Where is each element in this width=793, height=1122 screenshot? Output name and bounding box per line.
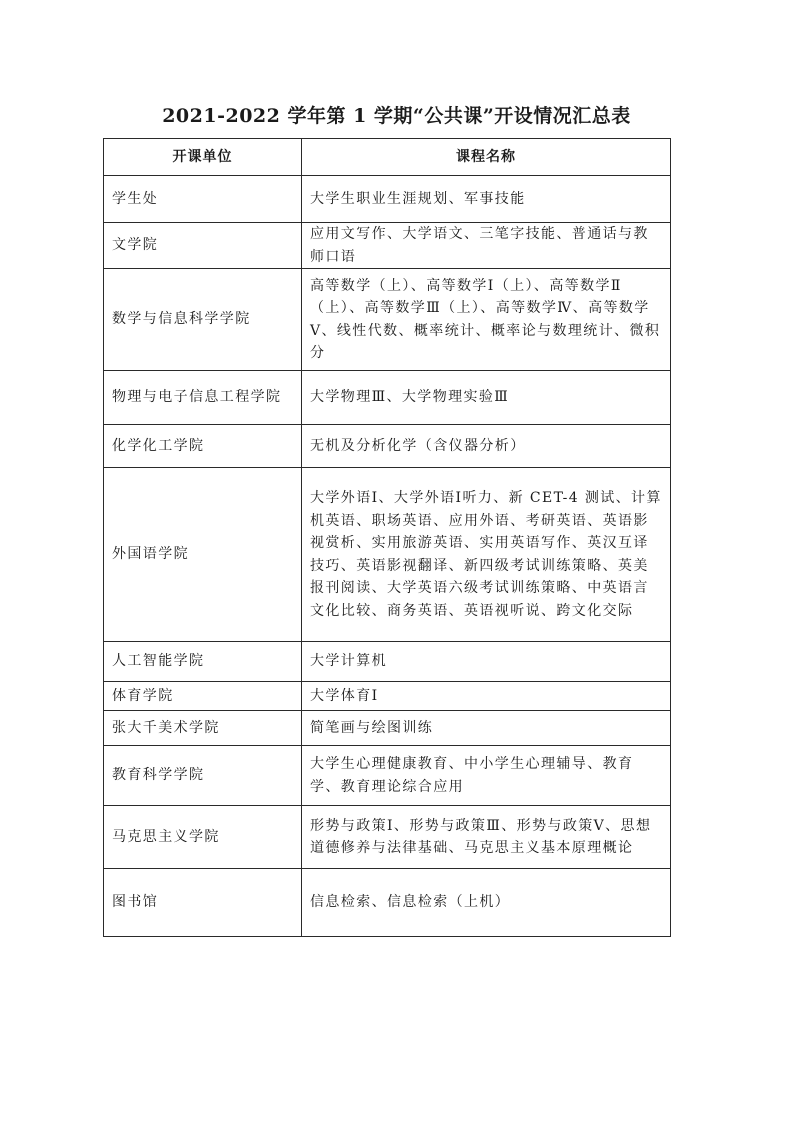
unit-cell: 物理与电子信息工程学院 (104, 371, 302, 425)
public-course-summary-table: 开课单位 课程名称 学生处大学生职业生涯规划、军事技能文学院应用文写作、大学语文… (103, 138, 671, 937)
table-row: 马克思主义学院形势与政策Ⅰ、形势与政策Ⅲ、形势与政策Ⅴ、思想道德修养与法律基础、… (104, 806, 671, 869)
courses-cell: 信息检索、信息检索（上机） (302, 869, 671, 937)
courses-cell: 大学生职业生涯规划、军事技能 (302, 176, 671, 223)
column-header-courses: 课程名称 (302, 139, 671, 176)
unit-cell: 文学院 (104, 223, 302, 269)
table-row: 化学化工学院无机及分析化学（含仪器分析） (104, 425, 671, 468)
unit-cell: 数学与信息科学学院 (104, 269, 302, 371)
unit-cell: 教育科学学院 (104, 746, 302, 806)
table-body: 学生处大学生职业生涯规划、军事技能文学院应用文写作、大学语文、三笔字技能、普通话… (104, 176, 671, 937)
table-row: 人工智能学院大学计算机 (104, 642, 671, 682)
courses-cell: 应用文写作、大学语文、三笔字技能、普通话与教师口语 (302, 223, 671, 269)
table-header-row: 开课单位 课程名称 (104, 139, 671, 176)
table-row: 外国语学院大学外语Ⅰ、大学外语Ⅰ听力、新 CET-4 测试、计算机英语、职场英语… (104, 468, 671, 642)
courses-cell: 大学生心理健康教育、中小学生心理辅导、教育学、教育理论综合应用 (302, 746, 671, 806)
unit-cell: 化学化工学院 (104, 425, 302, 468)
courses-cell: 大学体育Ⅰ (302, 682, 671, 711)
courses-cell: 大学计算机 (302, 642, 671, 682)
courses-cell: 大学物理Ⅲ、大学物理实验Ⅲ (302, 371, 671, 425)
courses-cell: 大学外语Ⅰ、大学外语Ⅰ听力、新 CET-4 测试、计算机英语、职场英语、应用外语… (302, 468, 671, 642)
courses-cell: 形势与政策Ⅰ、形势与政策Ⅲ、形势与政策Ⅴ、思想道德修养与法律基础、马克思主义基本… (302, 806, 671, 869)
unit-cell: 图书馆 (104, 869, 302, 937)
table-row: 数学与信息科学学院高等数学（上）、高等数学Ⅰ（上）、高等数学Ⅱ（上）、高等数学Ⅲ… (104, 269, 671, 371)
table-row: 张大千美术学院简笔画与绘图训练 (104, 711, 671, 746)
unit-cell: 体育学院 (104, 682, 302, 711)
courses-cell: 简笔画与绘图训练 (302, 711, 671, 746)
table-row: 文学院应用文写作、大学语文、三笔字技能、普通话与教师口语 (104, 223, 671, 269)
table-row: 教育科学学院大学生心理健康教育、中小学生心理辅导、教育学、教育理论综合应用 (104, 746, 671, 806)
unit-cell: 马克思主义学院 (104, 806, 302, 869)
unit-cell: 张大千美术学院 (104, 711, 302, 746)
table-row: 物理与电子信息工程学院大学物理Ⅲ、大学物理实验Ⅲ (104, 371, 671, 425)
table-row: 学生处大学生职业生涯规划、军事技能 (104, 176, 671, 223)
table-row: 体育学院大学体育Ⅰ (104, 682, 671, 711)
column-header-unit: 开课单位 (104, 139, 302, 176)
page-title: 2021-2022 学年第 1 学期“公共课”开设情况汇总表 (0, 103, 793, 129)
courses-cell: 高等数学（上）、高等数学Ⅰ（上）、高等数学Ⅱ（上）、高等数学Ⅲ（上）、高等数学Ⅳ… (302, 269, 671, 371)
table-row: 图书馆信息检索、信息检索（上机） (104, 869, 671, 937)
courses-cell: 无机及分析化学（含仪器分析） (302, 425, 671, 468)
unit-cell: 人工智能学院 (104, 642, 302, 682)
unit-cell: 外国语学院 (104, 468, 302, 642)
unit-cell: 学生处 (104, 176, 302, 223)
